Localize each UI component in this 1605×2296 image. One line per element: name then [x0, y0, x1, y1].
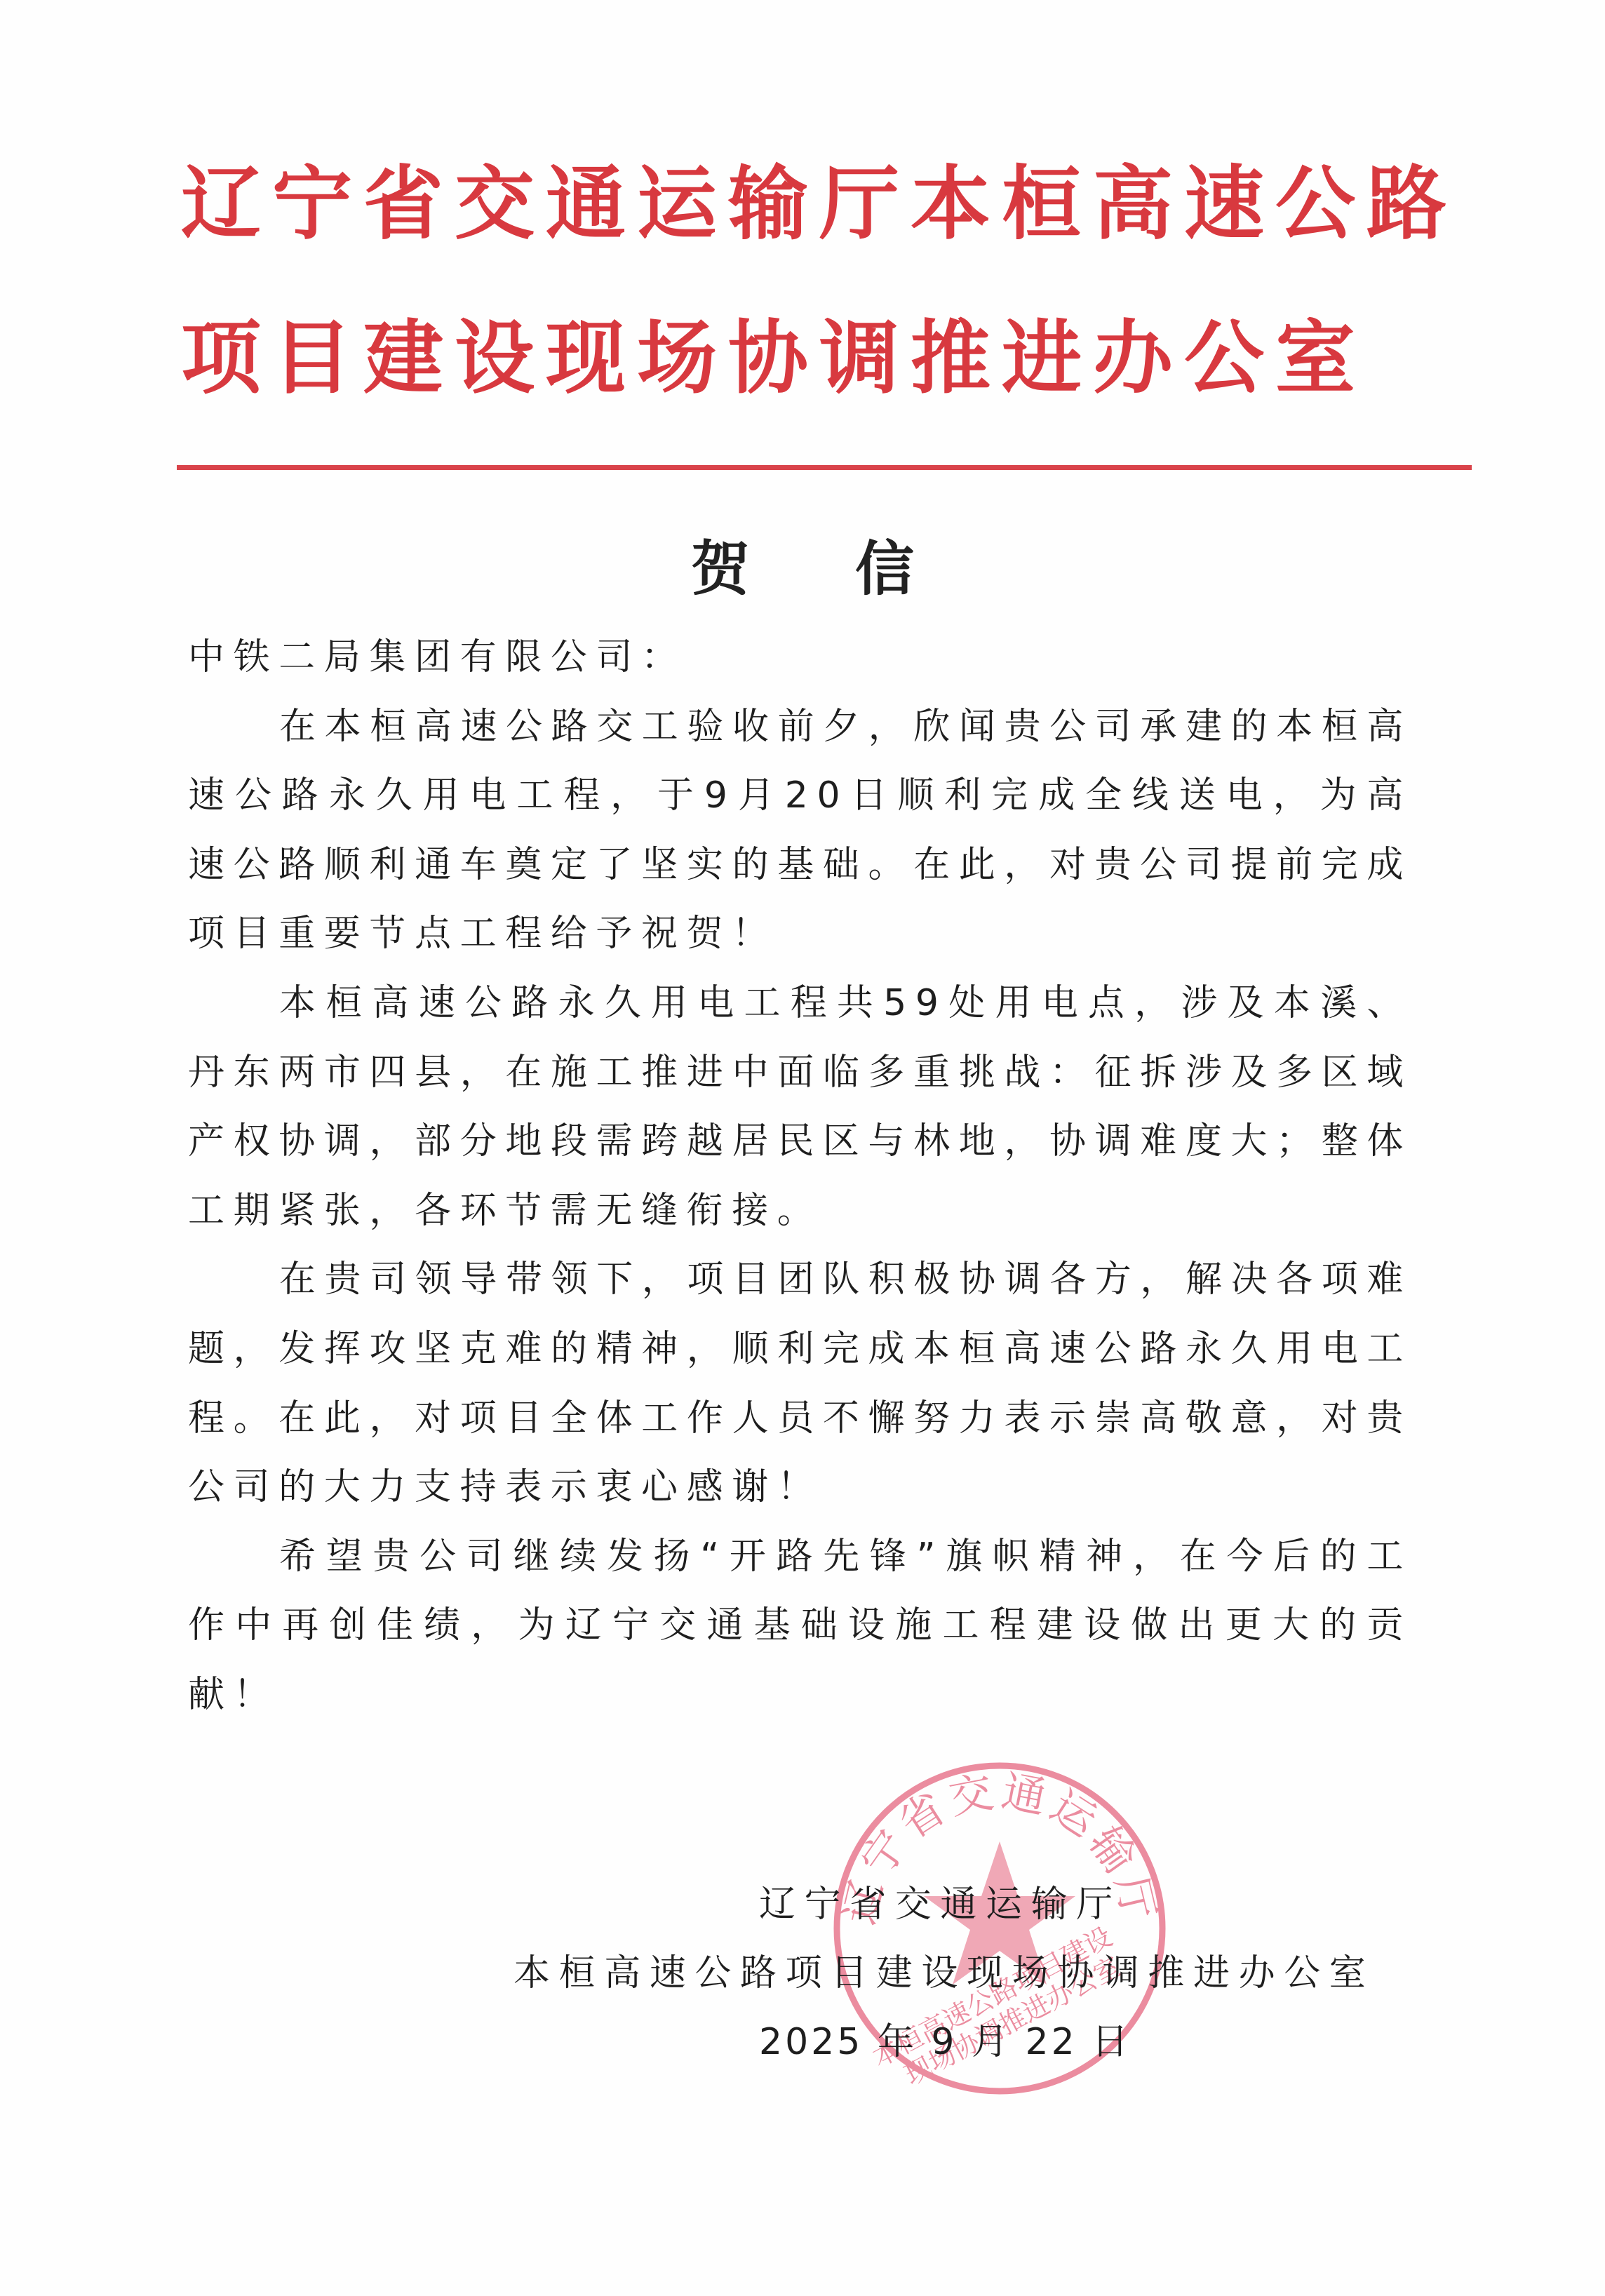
- letterhead-line-1: 辽宁省交通运输厅本桓高速公路: [181, 159, 1472, 250]
- title-char-2: 信: [855, 535, 914, 603]
- letterhead-divider: [177, 465, 1472, 470]
- letter-page: 辽宁省交通运输厅本桓高速公路 项目建设现场协调推进办公室 贺信 中铁二局集团有限…: [0, 0, 1605, 2296]
- letter-body: 中铁二局集团有限公司： 在本桓高速公路交工验收前夕，欣闻贵公司承建的本桓高速公路…: [188, 623, 1412, 1730]
- paragraph-1: 在本桓高速公路交工验收前夕，欣闻贵公司承建的本桓高速公路永久用电工程，于9月20…: [188, 692, 1412, 969]
- document-title: 贺信: [0, 530, 1605, 607]
- signature-org-line-2: 本桓高速公路项目建设现场协调推进办公室: [513, 1939, 1374, 2008]
- paragraph-3: 在贵司领导带领下，项目团队积极协调各方，解决各项难题，发挥攻坚克难的精神，顺利完…: [188, 1245, 1412, 1522]
- signature-org-line-1: 辽宁省交通运输厅: [759, 1870, 1122, 1939]
- paragraph-4: 希望贵公司继续发扬“开路先锋”旗帜精神，在今后的工作中再创佳绩，为辽宁交通基础设…: [188, 1522, 1412, 1730]
- title-char-1: 贺: [691, 535, 750, 603]
- signature-date: 2025 年 9 月 22 日: [759, 2008, 1131, 2076]
- paragraph-2: 本桓高速公路永久用电工程共59处用电点，涉及本溪、丹东两市四县，在施工推进中面临…: [188, 969, 1412, 1245]
- salutation: 中铁二局集团有限公司：: [188, 623, 1412, 692]
- letterhead-line-2: 项目建设现场协调推进办公室: [181, 313, 1472, 404]
